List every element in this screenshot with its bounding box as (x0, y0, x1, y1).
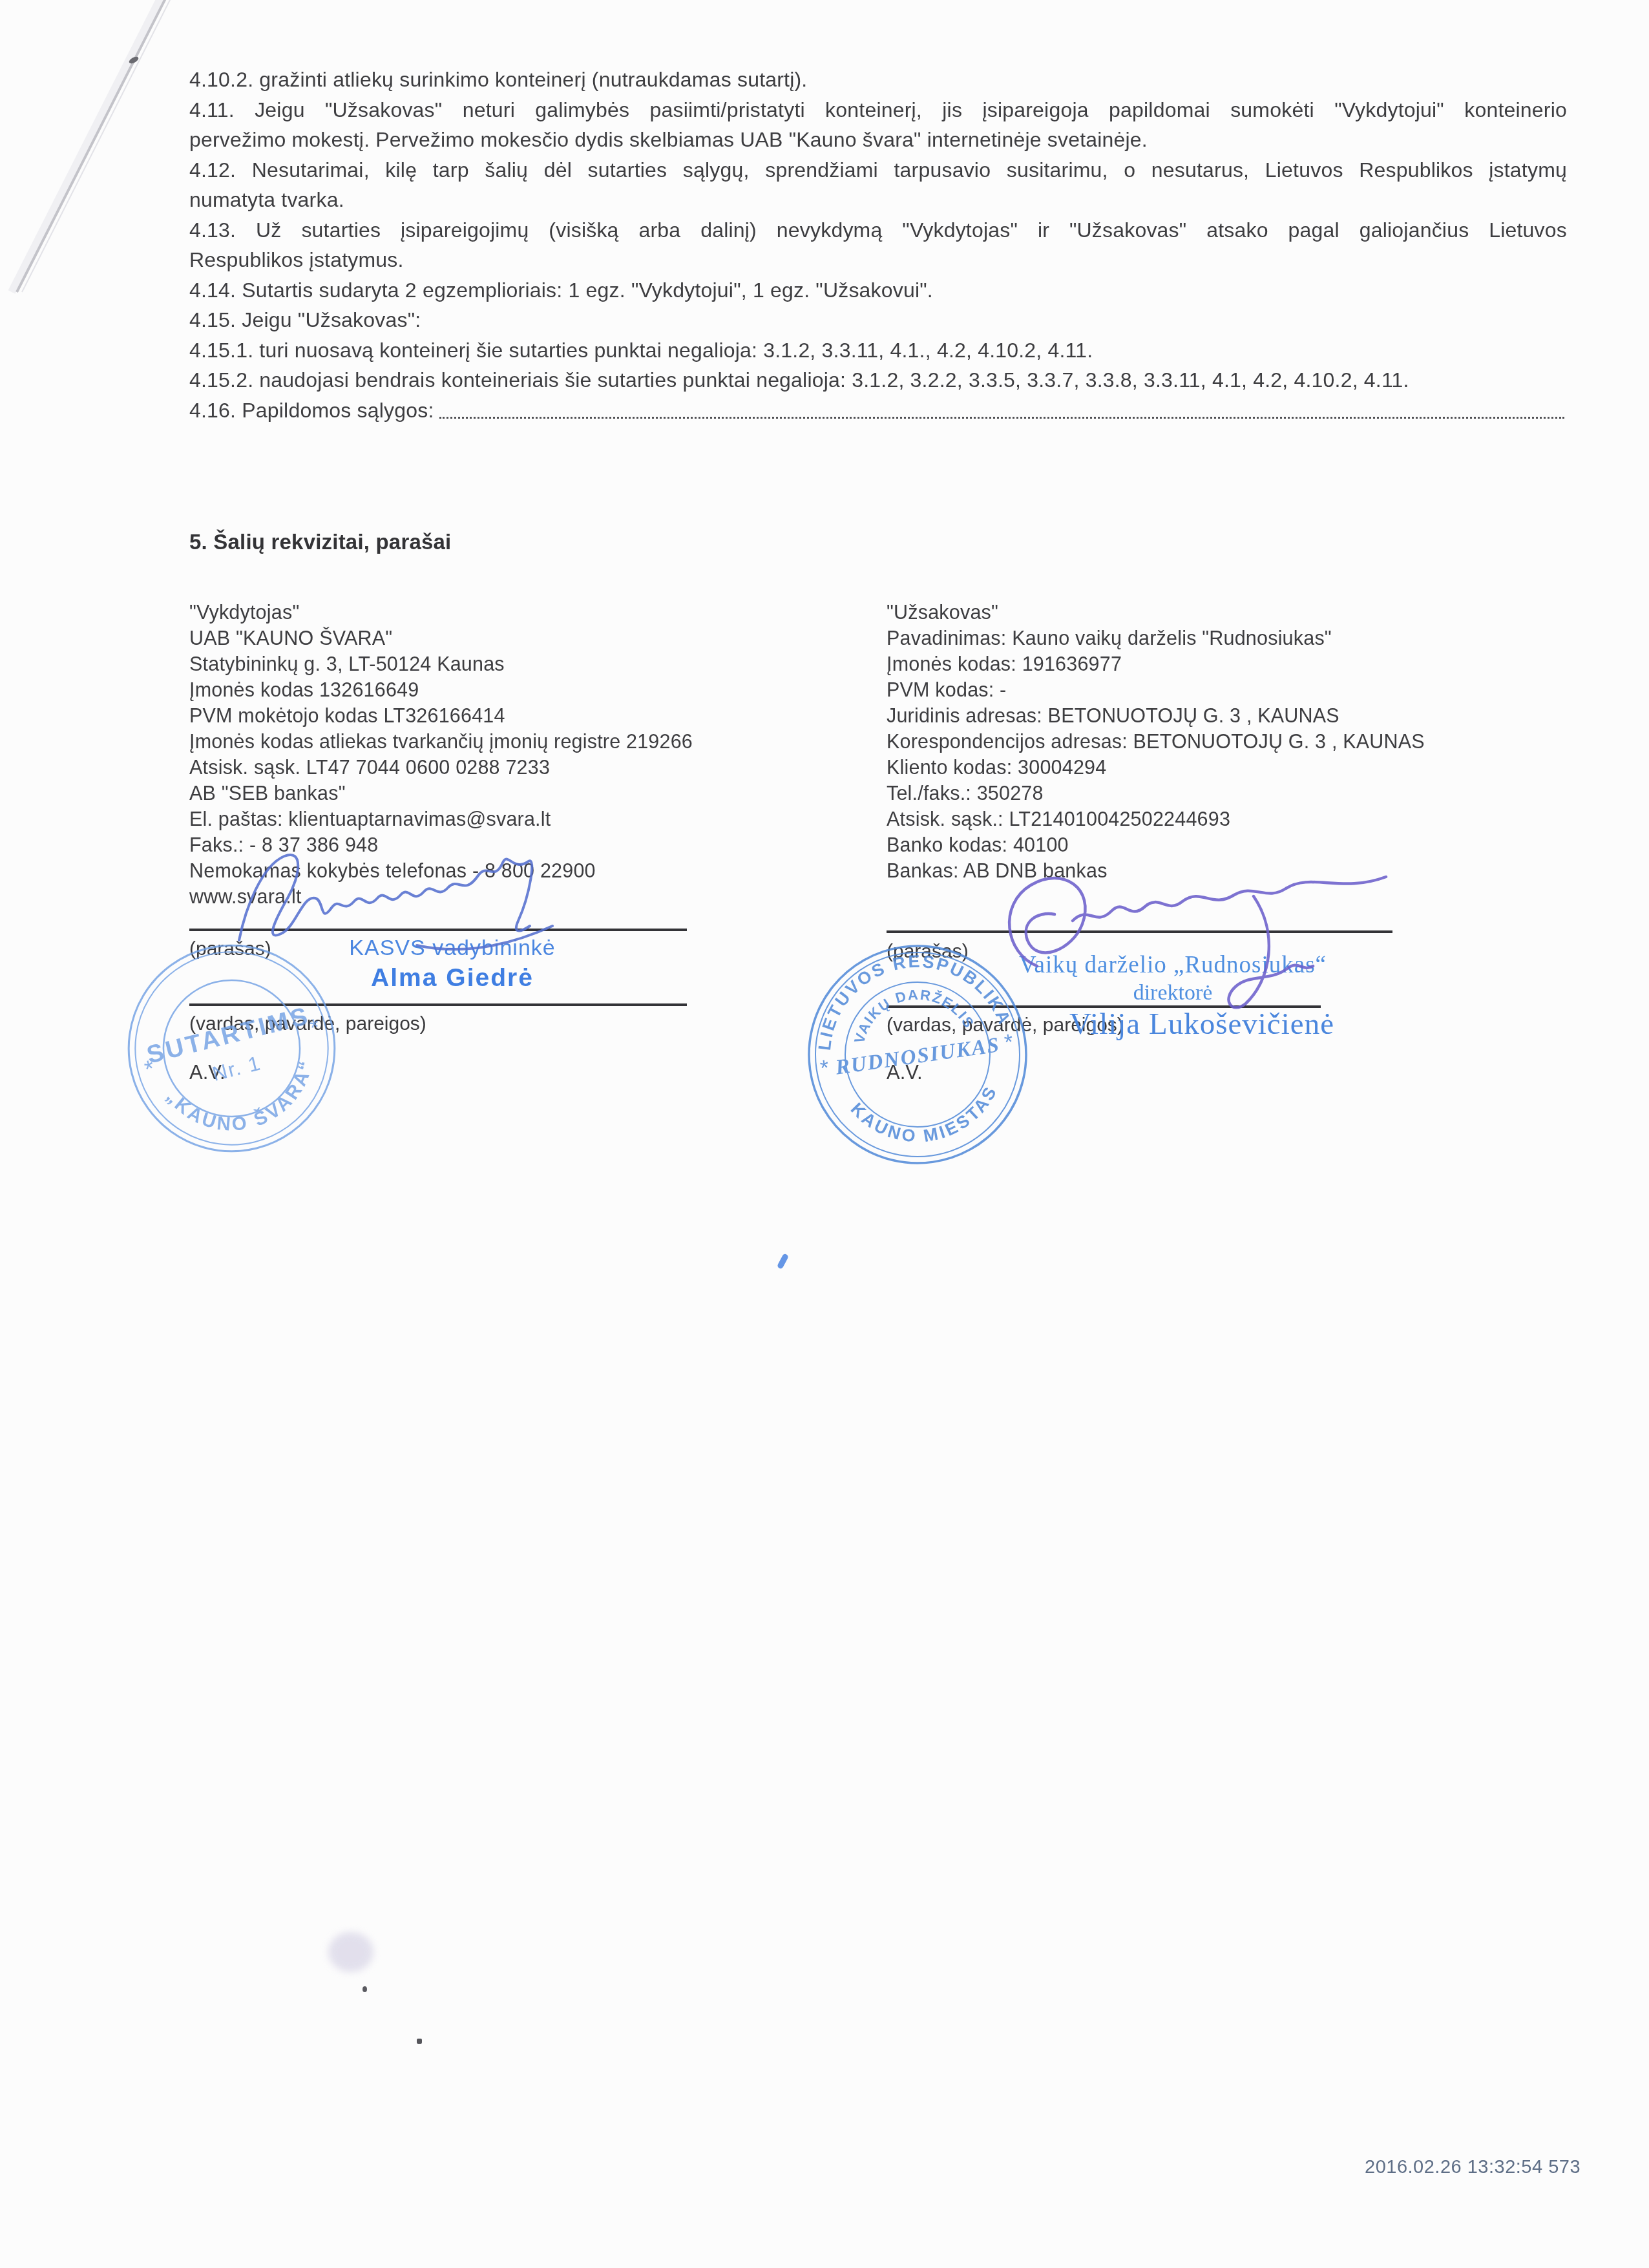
scan-timestamp: 2016.02.26 13:32:54 573 (1365, 2157, 1581, 2178)
customer-requisites-column: "Užsakovas" Pavadinimas: Kauno vaikų dar… (887, 600, 1578, 884)
clause-line: 4.11. Jeigu "Užsakovas" neturi galimybės… (189, 95, 1567, 125)
clause-line: 4.15.2. naudojasi bendrais konteineriais… (189, 365, 1567, 395)
info-line: Įmonės kodas 132616649 (189, 677, 823, 703)
seal-star-right: * (308, 1013, 323, 1041)
ink-speck (777, 1253, 789, 1269)
info-line: AB "SEB bankas" (189, 781, 823, 806)
info-line: Tel./faks.: 350278 (887, 781, 1578, 806)
scanned-contract-page: 4.10.2. gražinti atliekų surinkimo konte… (0, 0, 1649, 2268)
info-line: Juridinis adresas: BETONUOTOJŲ G. 3 , KA… (887, 703, 1578, 729)
clause-line: 4.13. Už sutarties įsipareigojimų (visiš… (189, 215, 1567, 246)
info-line: Atsisk. sąsk. LT47 7044 0600 0288 7233 (189, 755, 823, 781)
section-title: 5. Šalių rekvizitai, parašai (189, 530, 451, 554)
corner-fold-artifact (0, 0, 194, 304)
clause-line: 4.12. Nesutarimai, kilę tarp šalių dėl s… (189, 155, 1567, 185)
clause-additional-terms: 4.16. Papildomos sąlygos: (189, 395, 1567, 426)
clause-line: 4.10.2. gražinti atliekų surinkimo konte… (189, 65, 1567, 95)
stamped-name-text: Vilija Lukoševičienė (989, 1007, 1415, 1042)
clause-line: Respublikos įstatymus. (189, 245, 1567, 275)
info-line: Atsisk. sąsk.: LT214010042502244693 (887, 806, 1578, 832)
info-line: "Vykdytojas" (189, 600, 823, 625)
contract-clauses-section: 4.10.2. gražinti atliekų surinkimo konte… (189, 65, 1567, 425)
info-line: "Užsakovas" (887, 600, 1578, 625)
seal-star-left: * (819, 1055, 830, 1080)
info-line: Pavadinimas: Kauno vaikų darželis "Rudno… (887, 625, 1578, 651)
info-line: PVM kodas: - (887, 677, 1578, 703)
info-line: Įmonės kodas: 191636977 (887, 651, 1578, 677)
scan-speck (417, 2039, 422, 2044)
scan-speck (362, 1986, 367, 1992)
info-line: El. paštas: klientuaptarnavimas@svara.lt (189, 806, 823, 832)
clause-line: pervežimo mokestį. Pervežimo mokesčio dy… (189, 125, 1567, 155)
company-seal: SUTARTIMS Nr. 1 „KAUNO ŠVARA“ * * (120, 937, 343, 1160)
clause-line: numatyta tvarka. (189, 185, 1567, 215)
seal-number-text: Nr. 1 (210, 1051, 264, 1085)
clause-line: 4.15. Jeigu "Užsakovas": (189, 305, 1567, 335)
info-line: Korespondencijos adresas: BETONUOTOJŲ G.… (887, 729, 1578, 755)
info-line: PVM mokėtojo kodas LT326166414 (189, 703, 823, 729)
clause-line: 4.16. Papildomos sąlygos: (189, 395, 434, 426)
scan-smudge (328, 1932, 373, 1972)
info-line: Kliento kodas: 30004294 (887, 755, 1578, 781)
clause-line: 4.14. Sutartis sudaryta 2 egzemplioriais… (189, 275, 1567, 306)
dotted-leader-line (439, 417, 1564, 419)
clause-line: 4.15.1. turi nuosavą konteinerį šie suta… (189, 335, 1567, 366)
kindergarten-seal: LIETUVOS RESPUBLIKA VAIKŲ DARŽELIS RUDNO… (801, 938, 1034, 1171)
info-line: Statybininkų g. 3, LT-50124 Kaunas (189, 651, 823, 677)
info-line: UAB "KAUNO ŠVARA" (189, 625, 823, 651)
info-line: Įmonės kodas atliekas tvarkančių įmonių … (189, 729, 823, 755)
